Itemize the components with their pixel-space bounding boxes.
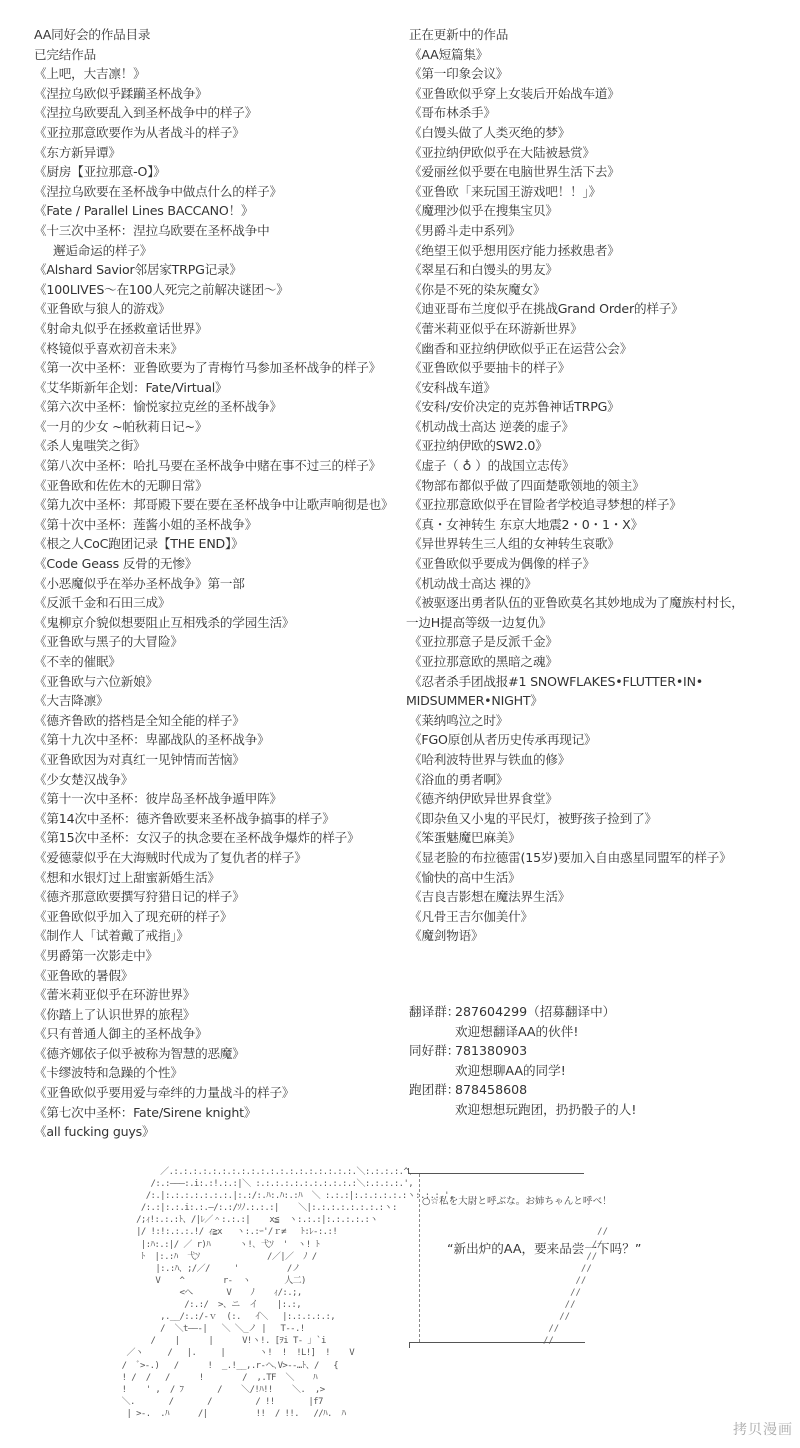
- work-title-item: 《第14次中圣杯：德齐鲁欧要来圣杯战争搞事的样子》: [34, 809, 404, 829]
- work-title-item: 《男爵第一次影走中》: [34, 946, 404, 966]
- work-title-item: 《爱德蒙似乎在大海贼时代成为了复仇者的样子》: [34, 848, 404, 868]
- work-title-item: 《真・女神转生 东京大地震2・0・1・X》: [409, 515, 789, 535]
- work-title-item: 《少女楚汉战争》: [34, 770, 404, 790]
- work-title-item: 《亚拉那意欧要作为从者战斗的样子》: [34, 123, 404, 143]
- work-title-item: 《亚拉那意欧的黑暗之魂》: [409, 652, 789, 672]
- work-title-item: 《德齐鲁欧的搭档是全知全能的样子》: [34, 711, 404, 731]
- work-title-item: 《亚鲁欧似乎穿上女装后开始战车道》: [409, 84, 789, 104]
- work-title-item: 《射命丸似乎在拯救童话世界》: [34, 319, 404, 339]
- work-title-item: 《显老脸的布拉德雷(15岁)要加入自由惑星同盟军的样子》: [409, 848, 789, 868]
- group-label: 翻译群：: [409, 1002, 455, 1022]
- work-title-item: 《亚鲁欧与狼人的游戏》: [34, 299, 404, 319]
- work-title-item: 《德齐纳伊欧异世界食堂》: [409, 789, 789, 809]
- work-title-item: 《你踏上了认识世界的旅程》: [34, 1005, 404, 1025]
- work-title-item: 《德齐那意欧要撰写狩猎日记的样子》: [34, 887, 404, 907]
- work-title-item: 《安科/安价决定的克苏鲁神话TRPG》: [409, 397, 789, 417]
- work-title-item: 《杀人鬼嗤笑之街》: [34, 436, 404, 456]
- work-title-item: 邂逅命运的样子》: [34, 241, 404, 261]
- work-title-item: 《一月的少女 ~帕秋莉日记~》: [34, 417, 404, 437]
- work-title-item: 《爱丽丝似乎要在电脑世界生活下去》: [409, 162, 789, 182]
- work-title-item: 《德齐娜依子似乎被称为智慧的恶魔》: [34, 1044, 404, 1064]
- group-fans: 同好群：781380903 欢迎想聊AA的同学!: [409, 1041, 636, 1080]
- work-title-item: 《想和水银灯过上甜蜜新婚生活》: [34, 868, 404, 888]
- work-title-item: 《涅拉乌欧要在圣杯战争中做点什么的样子》: [34, 182, 404, 202]
- work-title-item: 《魔剑物语》: [409, 926, 789, 946]
- work-title-item: 《绝望王似乎想用医疗能力拯救患者》: [409, 241, 789, 261]
- work-title-item: 《艾华斯新年企划：Fate/Virtual》: [34, 378, 404, 398]
- group-number: 781380903: [455, 1043, 527, 1058]
- work-title-item: 《all fucking guys》: [34, 1122, 404, 1142]
- work-title-item: 《亚鲁欧与六位新娘》: [34, 672, 404, 692]
- work-title-item: 《涅拉乌欧要乱入到圣杯战争中的样子》: [34, 103, 404, 123]
- work-title-item: 《魔理沙似乎在搜集宝贝》: [409, 201, 789, 221]
- completed-section-title: 已完结作品: [34, 45, 404, 65]
- speech-box-left-border: [419, 1174, 420, 1342]
- work-title-item: 《迪亚哥布兰度似乎在挑战Grand Order的样子》: [409, 299, 789, 319]
- speech-box-bottom-border: [409, 1342, 585, 1343]
- speech-text-chinese: “新出炉的AA，要来品尝一下吗？”: [447, 1238, 641, 1257]
- work-title-item: 《FGO原创从者历史传承再现记》: [409, 730, 789, 750]
- work-title-item: 《100LIVES～在100人死完之前解决谜团～》: [34, 280, 404, 300]
- work-title-item: 《第七次中圣杯：Fate/Sirene knight》: [34, 1103, 404, 1123]
- work-title-item: 《十三次中圣杯：涅拉乌欧要在圣杯战争中: [34, 221, 404, 241]
- group-number: 287604299（招募翻译中）: [455, 1004, 615, 1019]
- work-title-item: 《卡缪波特和急躁的个性》: [34, 1063, 404, 1083]
- work-title-item: 《被驱逐出勇者队伍的亚鲁欧莫名其妙地成为了魔族村村长，: [409, 593, 789, 613]
- work-title-item: 《凡骨王吉尔伽美什》: [409, 907, 789, 927]
- speech-box-top-border: [408, 1173, 584, 1174]
- speech-box-corner: [409, 1342, 410, 1348]
- work-title-item: 《Alshard Savior邻居家TRPG记录》: [34, 260, 404, 280]
- work-title-item: 《第八次中圣杯：哈扎马要在圣杯战争中赌在事不过三的样子》: [34, 456, 404, 476]
- work-title-item: 《即杂鱼又小鬼的平民灯，被野孩子捡到了》: [409, 809, 789, 829]
- work-title-item: 《亚鲁欧似乎要抽卡的样子》: [409, 358, 789, 378]
- watermark: 拷贝漫画: [733, 1419, 793, 1439]
- work-title-item: 《第九次中圣杯：邦哥殿下要在要在圣杯战争中让歌声响彻是也》: [34, 495, 404, 515]
- work-title-item: 《亚鲁欧似乎要成为偶像的样子》: [409, 554, 789, 574]
- work-title-item: 《制作人「试着戴了戒指」》: [34, 926, 404, 946]
- group-trpg: 跑团群：878458608 欢迎想想玩跑团，扔扔骰子的人!: [409, 1080, 636, 1119]
- group-note: 欢迎想想玩跑团，扔扔骰子的人!: [409, 1100, 636, 1120]
- work-title-item: 《柊镜似乎喜欢初音未来》: [34, 339, 404, 359]
- work-title-item: 《上吧，大吉凛！》: [34, 64, 404, 84]
- work-title-item: 《Code Geass 反骨的无惨》: [34, 554, 404, 574]
- work-title-item: 《愉快的高中生活》: [409, 868, 789, 888]
- work-title-item: 《亚鲁欧和佐佐木的无聊日常》: [34, 476, 404, 496]
- work-title-item: 《小恶魔似乎在举办圣杯战争》第一部: [34, 574, 404, 594]
- work-title-item: 《第一次中圣杯：亚鲁欧要为了青梅竹马参加圣杯战争的样子》: [34, 358, 404, 378]
- ongoing-section-title: 正在更新中的作品: [409, 25, 789, 45]
- work-title-item: 《亚鲁欧「来玩国王游戏吧！！」》: [409, 182, 789, 202]
- work-title-item: 《幽香和亚拉纳伊欧似乎正在运营公会》: [409, 339, 789, 359]
- work-title-item: 《亚鲁欧因为对真红一见钟情而苦恼》: [34, 750, 404, 770]
- work-title-item: 《哈利波特世界与铁血的修》: [409, 750, 789, 770]
- work-title-item: 《第十次中圣杯：莲酱小姐的圣杯战争》: [34, 515, 404, 535]
- work-title-item: 《亚鲁欧似乎加入了现充研的样子》: [34, 907, 404, 927]
- work-title-item: 《大吉降凛》: [34, 691, 404, 711]
- page-title: AA同好会的作品目录: [34, 25, 404, 45]
- group-number: 878458608: [455, 1082, 527, 1097]
- work-title-item: MIDSUMMER•NIGHT》: [406, 691, 789, 711]
- work-title-item: 《你是不死的染灰魔女》: [409, 280, 789, 300]
- work-title-item: 《安科战车道》: [409, 378, 789, 398]
- group-note: 欢迎想聊AA的同学!: [409, 1061, 636, 1081]
- work-title-item: 《Fate / Parallel Lines BACCANO！》: [34, 201, 404, 221]
- work-title-item: 《不幸的催眠》: [34, 652, 404, 672]
- work-title-item: 《白馒头做了人类灭绝的梦》: [409, 123, 789, 143]
- work-title-item: 《东方新异谭》: [34, 143, 404, 163]
- group-label: 跑团群：: [409, 1080, 455, 1100]
- work-title-item: 《异世界转生三人组的女神转生哀歌》: [409, 534, 789, 554]
- work-title-item: 《根之人CoC跑团记录【THE END】》: [34, 534, 404, 554]
- group-label: 同好群：: [409, 1041, 455, 1061]
- work-title-item: 《只有普通人御主的圣杯战争》: [34, 1024, 404, 1044]
- work-title-item: 《亚鲁欧与黑子的大冒险》: [34, 632, 404, 652]
- work-title-item: 《第一印象会议》: [409, 64, 789, 84]
- work-title-item: 《物部布都似乎做了四面楚歌领地的领主》: [409, 476, 789, 496]
- work-title-item: 《亚拉纳伊欧似乎在大陆被悬赏》: [409, 143, 789, 163]
- work-title-item: 《第十一次中圣杯：彼岸岛圣杯战争遁甲阵》: [34, 789, 404, 809]
- work-title-item: 《机动战士高达 裸的》: [409, 574, 789, 594]
- work-title-item: 《哥布林杀手》: [409, 103, 789, 123]
- ongoing-works-column: 正在更新中的作品 《AA短篇集》《第一印象会议》《亚鲁欧似乎穿上女装后开始战车道…: [409, 25, 789, 946]
- work-title-item: 《第15次中圣杯：女汉子的执念要在圣杯战争爆炸的样子》: [34, 828, 404, 848]
- work-title-item: 《忍者杀手团战报#1 SNOWFLAKES•FLUTTER•IN•: [409, 672, 789, 692]
- work-title-item: 《亚鲁欧的暑假》: [34, 966, 404, 986]
- group-note: 欢迎想翻译AA的伙伴!: [409, 1022, 636, 1042]
- work-title-item: 《AA短篇集》: [409, 45, 789, 65]
- work-title-item: 《第六次中圣杯：愉悦家拉克丝的圣杯战争》: [34, 397, 404, 417]
- work-title-item: 《涅拉乌欧似乎蹂躏圣杯战争》: [34, 84, 404, 104]
- completed-works-list: 《上吧，大吉凛！》《涅拉乌欧似乎蹂躏圣杯战争》《涅拉乌欧要乱入到圣杯战争中的样子…: [34, 64, 404, 1142]
- work-title-item: 《亚鲁欧似乎要用爱与牵绊的力量战斗的样子》: [34, 1083, 404, 1103]
- completed-works-column: AA同好会的作品目录 已完结作品 《上吧，大吉凛！》《涅拉乌欧似乎蹂躏圣杯战争》…: [34, 25, 404, 1142]
- work-title-item: 《蕾米莉亚似乎在环游新世界》: [409, 319, 789, 339]
- group-translation: 翻译群：287604299（招募翻译中） 欢迎想翻译AA的伙伴!: [409, 1002, 636, 1041]
- work-title-item: 《翠星石和白馒头的男友》: [409, 260, 789, 280]
- work-title-item: 《反派千金和石田三成》: [34, 593, 404, 613]
- work-title-item: 《笨蛋魅魔巴麻美》: [409, 828, 789, 848]
- work-title-item: 《鬼柳京介貌似想要阻止互相残杀的学园生活》: [34, 613, 404, 633]
- work-title-item: 《亚拉那意子是反派千金》: [409, 632, 789, 652]
- work-title-item: 《亚拉纳伊欧的SW2.0》: [409, 436, 789, 456]
- work-title-item: 一边H提高等级一边复仇》: [406, 613, 789, 633]
- ongoing-works-list: 《AA短篇集》《第一印象会议》《亚鲁欧似乎穿上女装后开始战车道》《哥布林杀手》《…: [409, 45, 789, 946]
- work-title-item: 《莱纳鸣泣之时》: [409, 711, 789, 731]
- work-title-item: 《蕾米莉亚似乎在环游世界》: [34, 985, 404, 1005]
- work-title-item: 《虚子（ ♁ ）的战国立志传》: [409, 456, 789, 476]
- work-title-item: 《厨房【亚拉那意-O】》: [34, 162, 404, 182]
- work-title-item: 《机动战士高达 逆袭的虚子》: [409, 417, 789, 437]
- work-title-item: 《浴血的勇者啊》: [409, 770, 789, 790]
- work-title-item: 《男爵斗走中系列》: [409, 221, 789, 241]
- work-title-item: 《亚拉那意欧似乎在冒险者学校追寻梦想的样子》: [409, 495, 789, 515]
- group-contacts: 翻译群：287604299（招募翻译中） 欢迎想翻译AA的伙伴! 同好群：781…: [409, 1002, 636, 1120]
- work-title-item: 《第十九次中圣杯：卑鄙战队的圣杯战争》: [34, 730, 404, 750]
- work-title-item: 《吉良吉影想在魔法界生活》: [409, 887, 789, 907]
- speech-text-japanese: ○☆私を大尉と呼ぶな。お姉ちゃんと呼べ！: [422, 1193, 612, 1207]
